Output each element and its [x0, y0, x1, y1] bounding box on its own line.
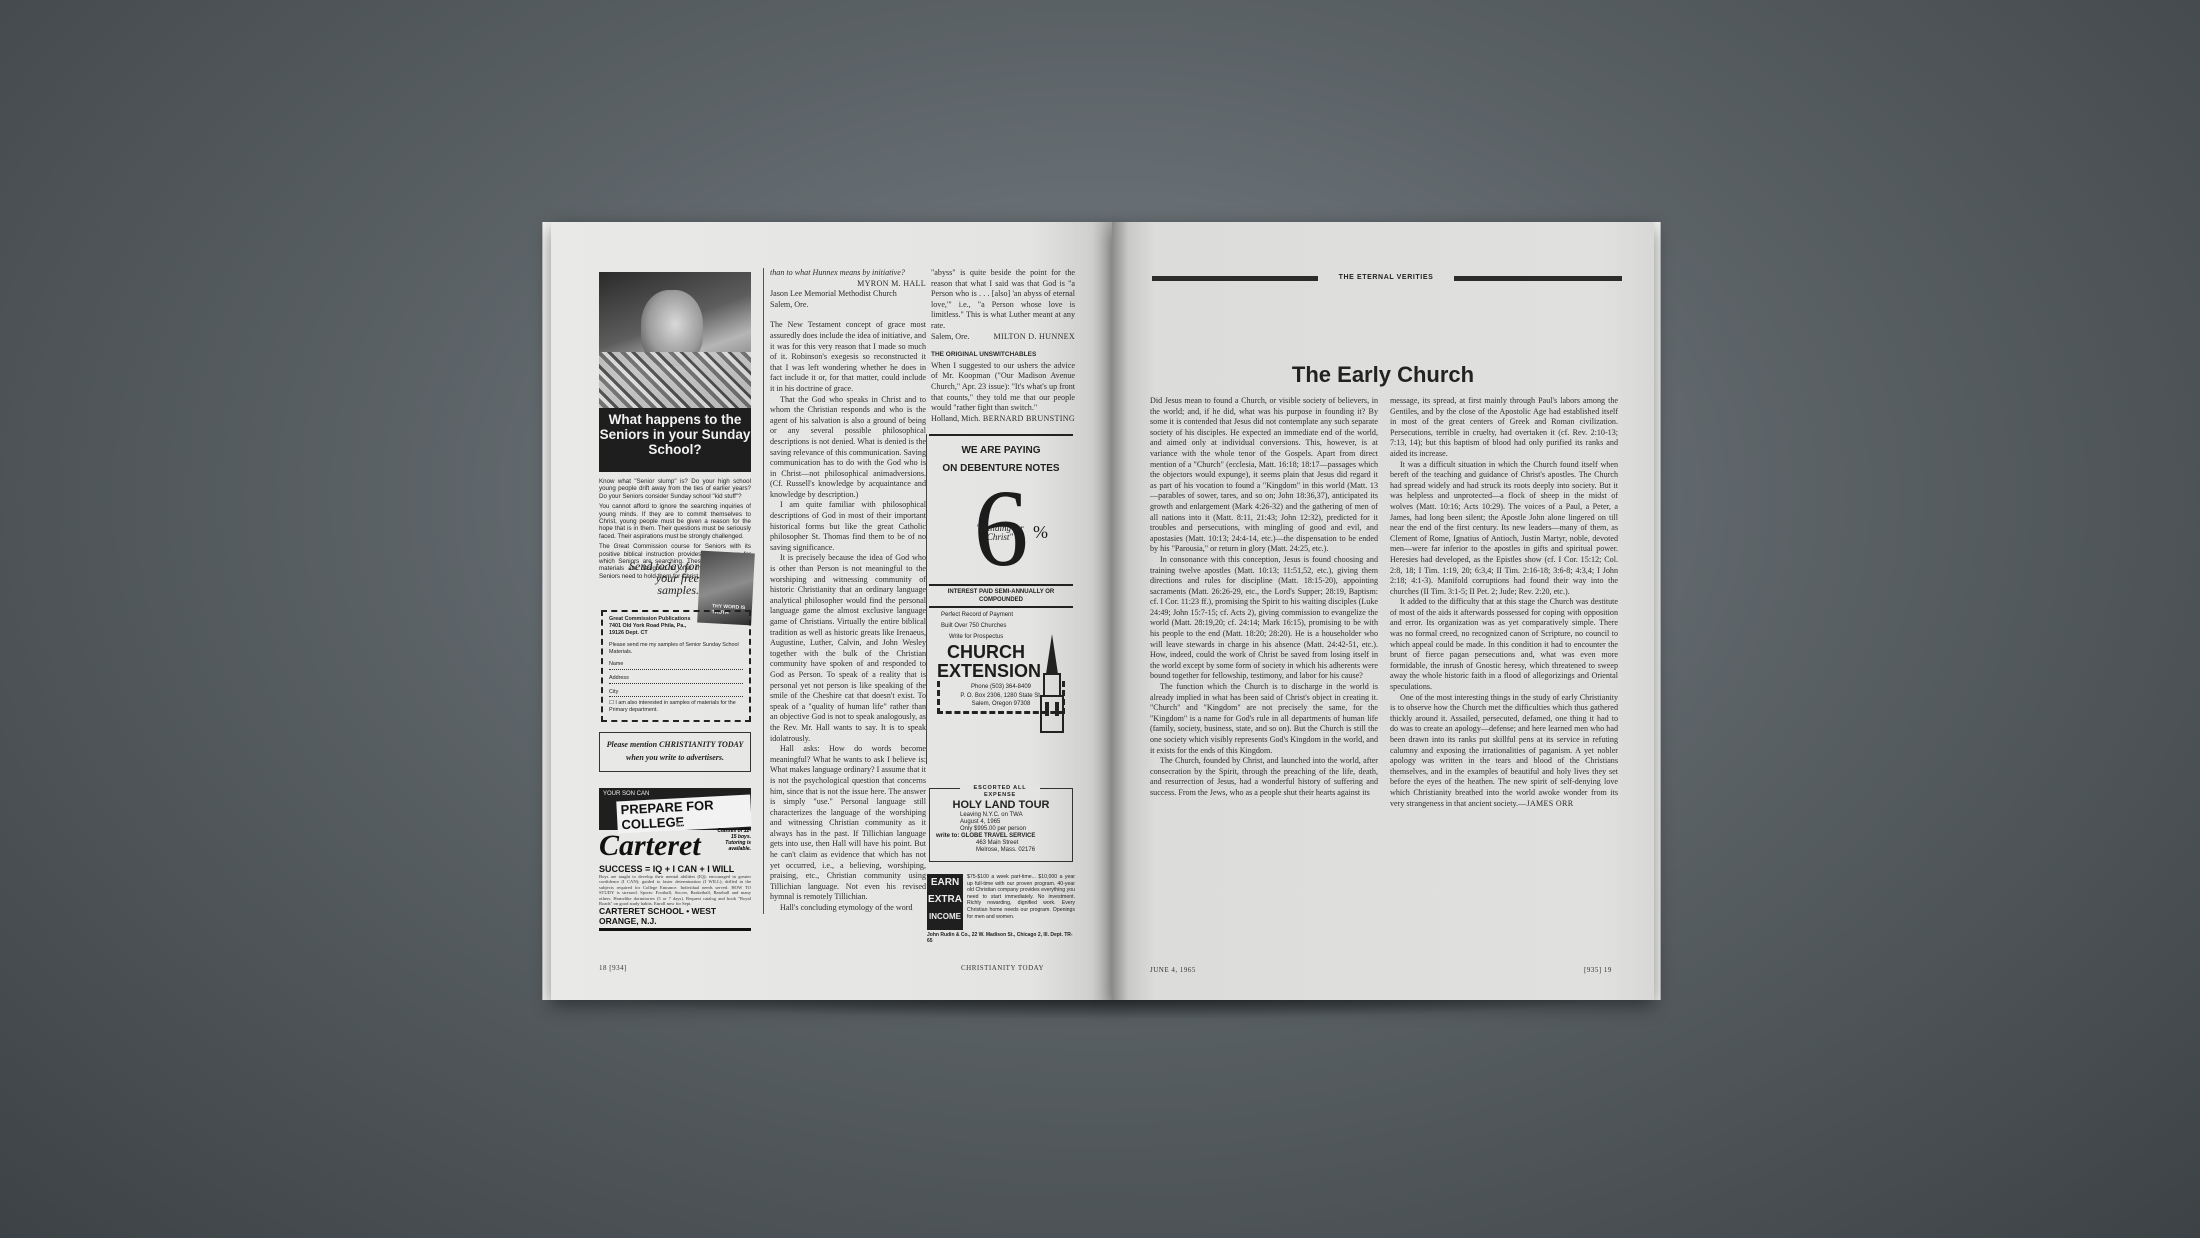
- article-c1-p1: Did Jesus mean to found a Church, or vis…: [1150, 396, 1378, 555]
- letter-sig1: MYRON M. HALL: [770, 279, 926, 290]
- holyland-write: write to: GLOBE TRAVEL SERVICE: [936, 833, 1066, 840]
- letter-loc1: Salem, Ore.: [770, 300, 926, 311]
- article-c1-p3: The function which the Church is to disc…: [1150, 682, 1378, 756]
- holyland-line1: Leaving N.Y.C. on TWA: [936, 812, 1066, 819]
- left-page: What happens to the Seniors in your Sund…: [551, 222, 1115, 1000]
- section-rule-right: [1454, 276, 1622, 281]
- carteret-top: YOUR SON CAN: [603, 791, 649, 797]
- article-author: —JAMES ORR: [1518, 799, 1573, 808]
- carteret-success: SUCCESS = IQ + I CAN + I WILL: [599, 864, 751, 874]
- article-column-1: Did Jesus mean to found a Church, or vis…: [1150, 396, 1378, 799]
- extra-word: EXTRA: [927, 891, 963, 908]
- article-column-2: message, its spread, at first mainly thr…: [1390, 396, 1618, 809]
- six-percent-graphic: 6 % "Building for Christ": [927, 478, 1075, 582]
- earn-box: EARN EXTRA INCOME: [927, 874, 963, 930]
- third-loc2: Holland, Mich.BERNARD BRUNSTING: [931, 414, 1075, 425]
- letter-p2: That the God who speaks in Christ and to…: [770, 395, 926, 501]
- letter-aff1: Jason Lee Memorial Methodist Church: [770, 289, 926, 300]
- earn-income-ad: EARN EXTRA INCOME $75-$100 a week part-t…: [927, 874, 1075, 940]
- section-header: THE ETERNAL VERITIES: [1152, 274, 1622, 284]
- holyland-street: 463 Main Street: [936, 840, 1066, 847]
- plaid-shirt: [599, 352, 751, 412]
- letter-p1: The New Testament concept of grace most …: [770, 320, 926, 394]
- third-p1: "abyss" is quite beside the point for th…: [931, 268, 1075, 332]
- third-p2: When I suggested to our ushers the advic…: [931, 361, 1075, 414]
- right-folio-date: JUNE 4, 1965: [1150, 966, 1196, 974]
- senior-ad-p2: You cannot afford to ignore the searchin…: [599, 503, 751, 540]
- article-c2-p4: One of the most interesting things in th…: [1390, 693, 1618, 810]
- built-line: Built Over 750 Churches: [927, 621, 1075, 632]
- right-folio-page: [935] 19: [1584, 966, 1612, 974]
- holyland-city: Melrose, Mass. 02176: [936, 847, 1066, 854]
- letter-p0: than to what Hunnex means by initiative?: [770, 268, 926, 279]
- earn-footer: John Rudin & Co., 22 W. Madison St., Chi…: [927, 932, 1075, 944]
- debenture-line1: WE ARE PAYING: [927, 442, 1075, 460]
- letters-column: than to what Hunnex means by initiative?…: [763, 268, 926, 914]
- coupon-checkbox-row: ☐ I am also interested in samples of mat…: [609, 700, 743, 714]
- income-word: INCOME: [927, 908, 963, 925]
- holyland-line2: August 4, 1965: [936, 819, 1066, 826]
- record-line: Perfect Record of Payment: [927, 610, 1075, 621]
- running-foot: CHRISTIANITY TODAY: [961, 964, 1044, 972]
- debenture-ad: WE ARE PAYING ON DEBENTURE NOTES 6 % "Bu…: [926, 434, 1075, 764]
- building-for-christ: "Building for Christ": [975, 524, 1025, 542]
- earn-word: EARN: [927, 874, 963, 891]
- coupon-checkbox-label: I am also interested in samples of mater…: [609, 700, 736, 713]
- letter-p6: Hall's concluding etymology of the word: [770, 903, 926, 914]
- send-today-text: Send today for your free samples.: [619, 560, 699, 596]
- holyland-line3: Only $995.00 per person: [936, 826, 1066, 833]
- letter-p3: I am quite familiar with philosophical d…: [770, 500, 926, 553]
- coupon-city-field: City: [609, 689, 743, 698]
- sample-coupon: Great Commission Publications 7401 Old Y…: [601, 610, 751, 722]
- article-c2-p3: It added to the difficulty that at this …: [1390, 597, 1618, 692]
- senior-ad-photo: What happens to the Seniors in your Sund…: [599, 272, 751, 472]
- divider: [929, 434, 1073, 436]
- article-c2-p2: It was a difficult situation in which th…: [1390, 460, 1618, 598]
- coupon-address-field: Address: [609, 675, 743, 684]
- unswitchables-heading: THE ORIGINAL UNSWITCHABLES: [931, 350, 1075, 361]
- holy-land-ad: ESCORTED ALL EXPENSE HOLY LAND TOUR Leav…: [929, 788, 1073, 862]
- letter-p5: Hall asks: How do words become meaningfu…: [770, 744, 926, 903]
- article-c1-p4: The Church, founded by Christ, and launc…: [1150, 756, 1378, 798]
- left-folio: 18 [934]: [599, 964, 627, 972]
- third-column: "abyss" is quite beside the point for th…: [931, 268, 1075, 424]
- right-page: THE ETERNAL VERITIES The Early Church Di…: [1112, 222, 1654, 1000]
- carteret-side: Classes of 12-15 boys. Tutoring is avail…: [715, 828, 751, 852]
- checkbox-icon: ☐: [609, 700, 614, 706]
- holyland-title: HOLY LAND TOUR: [936, 799, 1066, 812]
- earn-body: $75-$100 a week part-time... $10,000 a y…: [967, 874, 1075, 920]
- carteret-body: Boys are taught to develop their mental …: [599, 874, 751, 906]
- article-title: The Early Church: [1112, 362, 1654, 388]
- carteret-ad: YOUR SON CAN PREPARE FOR COLLEGE WITH LE…: [599, 788, 751, 928]
- senior-ad-p1: Know what "Senior slump" is? Do your hig…: [599, 478, 751, 500]
- carteret-footer: CARTERET SCHOOL • WEST ORANGE, N.J.: [599, 906, 751, 931]
- mention-box: Please mention CHRISTIANITY TODAY when y…: [599, 732, 751, 772]
- holyland-banner: ESCORTED ALL EXPENSE: [960, 785, 1040, 799]
- carteret-banner: YOUR SON CAN PREPARE FOR COLLEGE WITH LE…: [599, 788, 751, 830]
- article-c2-p1: message, its spread, at first mainly thr…: [1390, 396, 1618, 460]
- coupon-address: Great Commission Publications 7401 Old Y…: [609, 616, 699, 636]
- coupon-name-field: Name: [609, 661, 743, 670]
- senior-ad-headline: What happens to the Seniors in your Sund…: [599, 408, 751, 472]
- section-rule-left: [1152, 276, 1318, 281]
- coupon-request: Please send me my samples of Senior Sund…: [609, 642, 743, 656]
- percent-sign: %: [1033, 482, 1048, 582]
- third-loc: Salem, Ore.MILTON D. HUNNEX: [931, 332, 1075, 343]
- letter-p4: It is precisely because the idea of God …: [770, 553, 926, 744]
- church-steeple-icon: [1035, 634, 1069, 734]
- article-c1-p2: In consonance with this conception, Jesu…: [1150, 555, 1378, 682]
- section-label: THE ETERNAL VERITIES: [1322, 274, 1450, 281]
